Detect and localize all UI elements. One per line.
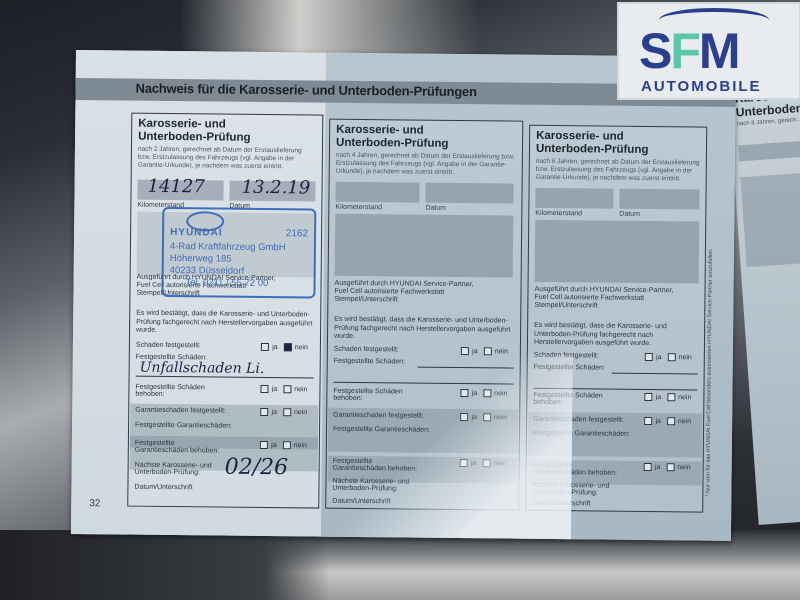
damages-handwritten: Unfallschaden Li.	[140, 360, 265, 377]
checkbox-nein-checked[interactable]	[284, 343, 292, 351]
km-field[interactable]	[335, 182, 419, 203]
sfm-automobile-logo: SFM AUTOMOBILE	[617, 2, 800, 100]
stamp-signature-label: Stempel/Unterschrift	[534, 302, 598, 311]
ja-label: ja	[655, 464, 661, 471]
nein-label: nein	[295, 344, 308, 351]
warranty-fixed-row: Festgestellte Garantieschäden behoben: j…	[135, 440, 313, 456]
ja-label: ja	[655, 418, 661, 425]
nein-label: nein	[678, 418, 691, 425]
damages-fixed-row: Festgestellte Schäden behoben: janein	[135, 384, 313, 400]
page-number: 32	[89, 498, 100, 509]
next-check-label: Nächste Karosserie- und Unterboden-Prüfu…	[135, 462, 235, 477]
ja-label: ja	[271, 442, 277, 449]
checkbox-nein[interactable]	[283, 408, 291, 416]
damage-found-label: Schaden festgestellt:	[136, 342, 201, 350]
km-field[interactable]	[535, 188, 613, 209]
sunlight-reflection	[321, 353, 573, 540]
km-label: Kilometerstand	[335, 204, 382, 211]
checkbox-ja[interactable]	[644, 417, 652, 425]
stamp-signature-label: Stempel/Unterschrift	[334, 296, 398, 305]
checkbox-nein[interactable]	[666, 463, 674, 471]
ja-label: ja	[656, 394, 662, 401]
logo-letter-m: M	[699, 23, 739, 79]
checkbox-ja[interactable]	[261, 343, 269, 351]
logo-subtitle: AUTOMOBILE	[641, 78, 762, 95]
stamp-dealer-number: 2162	[286, 228, 308, 239]
checkbox-ja[interactable]	[260, 408, 268, 416]
partial-stamp-field	[740, 172, 800, 267]
ja-label: ja	[656, 354, 662, 361]
checkbox-nein[interactable]	[283, 385, 291, 393]
warranty-found-label: Garantieschaden festgestellt:	[135, 407, 226, 415]
date-handwritten: 13.2.19	[241, 177, 310, 199]
logo-letter-f: F	[670, 23, 699, 79]
date-label: Datum	[425, 205, 446, 212]
confirmation-text: Es wird bestätigt, dass die Karosserie- …	[334, 316, 512, 343]
km-handwritten: 14127	[147, 176, 204, 198]
damage-found-row: Schaden festgestellt: janein	[136, 342, 314, 351]
nein-label: nein	[294, 409, 307, 416]
card-subtitle: Unterboden-Prüfung	[536, 143, 706, 158]
checkbox-nein[interactable]	[667, 393, 675, 401]
confirmation-text: Es wird bestätigt, dass die Karosserie- …	[534, 322, 698, 349]
card-subtitle: Unterboden-Prüfung	[336, 137, 522, 152]
date-signature-label: Datum/Unterschrift	[134, 484, 312, 493]
checkbox-nein[interactable]	[283, 441, 291, 449]
ja-label: ja	[271, 409, 277, 416]
interval-text: nach 4 Jahren, gerechnet ab Datum der Er…	[336, 152, 516, 178]
service-booklet: Nachweis für die Karosserie- und Unterbo…	[71, 50, 736, 541]
checkbox-nein[interactable]	[668, 353, 676, 361]
stamp-field[interactable]	[335, 214, 514, 278]
nein-label: nein	[678, 394, 691, 401]
km-label: Kilometerstand	[535, 210, 582, 217]
seat-shadow	[0, 530, 330, 600]
nein-label: nein	[294, 386, 307, 393]
confirmation-text: Es wird bestätigt, dass die Karosserie- …	[136, 310, 314, 337]
next-check-handwritten: 02/26	[225, 455, 289, 481]
stamp-field[interactable]	[535, 220, 700, 284]
damages-fixed-label: Festgestellte Schäden behoben:	[135, 384, 225, 399]
stamp-city: 40233 Düsseldorf	[170, 265, 245, 277]
ja-label: ja	[272, 344, 278, 351]
checkbox-ja[interactable]	[261, 385, 269, 393]
dealer-stamp: HYUNDAI 2162 4-Rad Kraftfahrzeug GmbH Hö…	[161, 207, 316, 299]
underline	[136, 376, 314, 379]
date-field[interactable]	[425, 183, 513, 204]
date-label: Datum	[619, 211, 640, 218]
inspection-card-2-years: Karosserie- und Unterboden-Prüfung nach …	[127, 113, 323, 509]
checkbox-ja[interactable]	[260, 441, 268, 449]
stamp-company: 4-Rad Kraftfahrzeug GmbH	[170, 241, 286, 253]
date-field[interactable]	[619, 189, 699, 210]
interval-text: nach 2 Jahren, gerechnet ab Datum der Er…	[138, 146, 316, 172]
logo-letter-s: S	[639, 23, 670, 79]
stamp-brand: HYUNDAI	[170, 227, 223, 239]
stamp-phone: Tel. 0211 / 55 72 00	[186, 277, 269, 289]
ja-label: ja	[272, 386, 278, 393]
checkbox-ja[interactable]	[645, 353, 653, 361]
underline	[612, 373, 698, 375]
checkbox-ja[interactable]	[644, 463, 652, 471]
stamp-street: Höherweg 185	[170, 253, 232, 265]
partial-km-field	[738, 140, 800, 161]
warranty-fixed-label: Festgestellte Garantieschäden behoben:	[135, 440, 225, 455]
card-subtitle: Unterboden-Prüfung	[138, 131, 322, 146]
logo-letters: SFM	[639, 22, 739, 80]
nein-label: nein	[677, 464, 690, 471]
checkbox-nein[interactable]	[667, 417, 675, 425]
nein-label: nein	[679, 354, 692, 361]
interval-text: nach 6 Jahren, gerechnet ab Datum der Er…	[536, 158, 700, 184]
nein-label: nein	[294, 442, 307, 449]
checkbox-ja[interactable]	[645, 393, 653, 401]
